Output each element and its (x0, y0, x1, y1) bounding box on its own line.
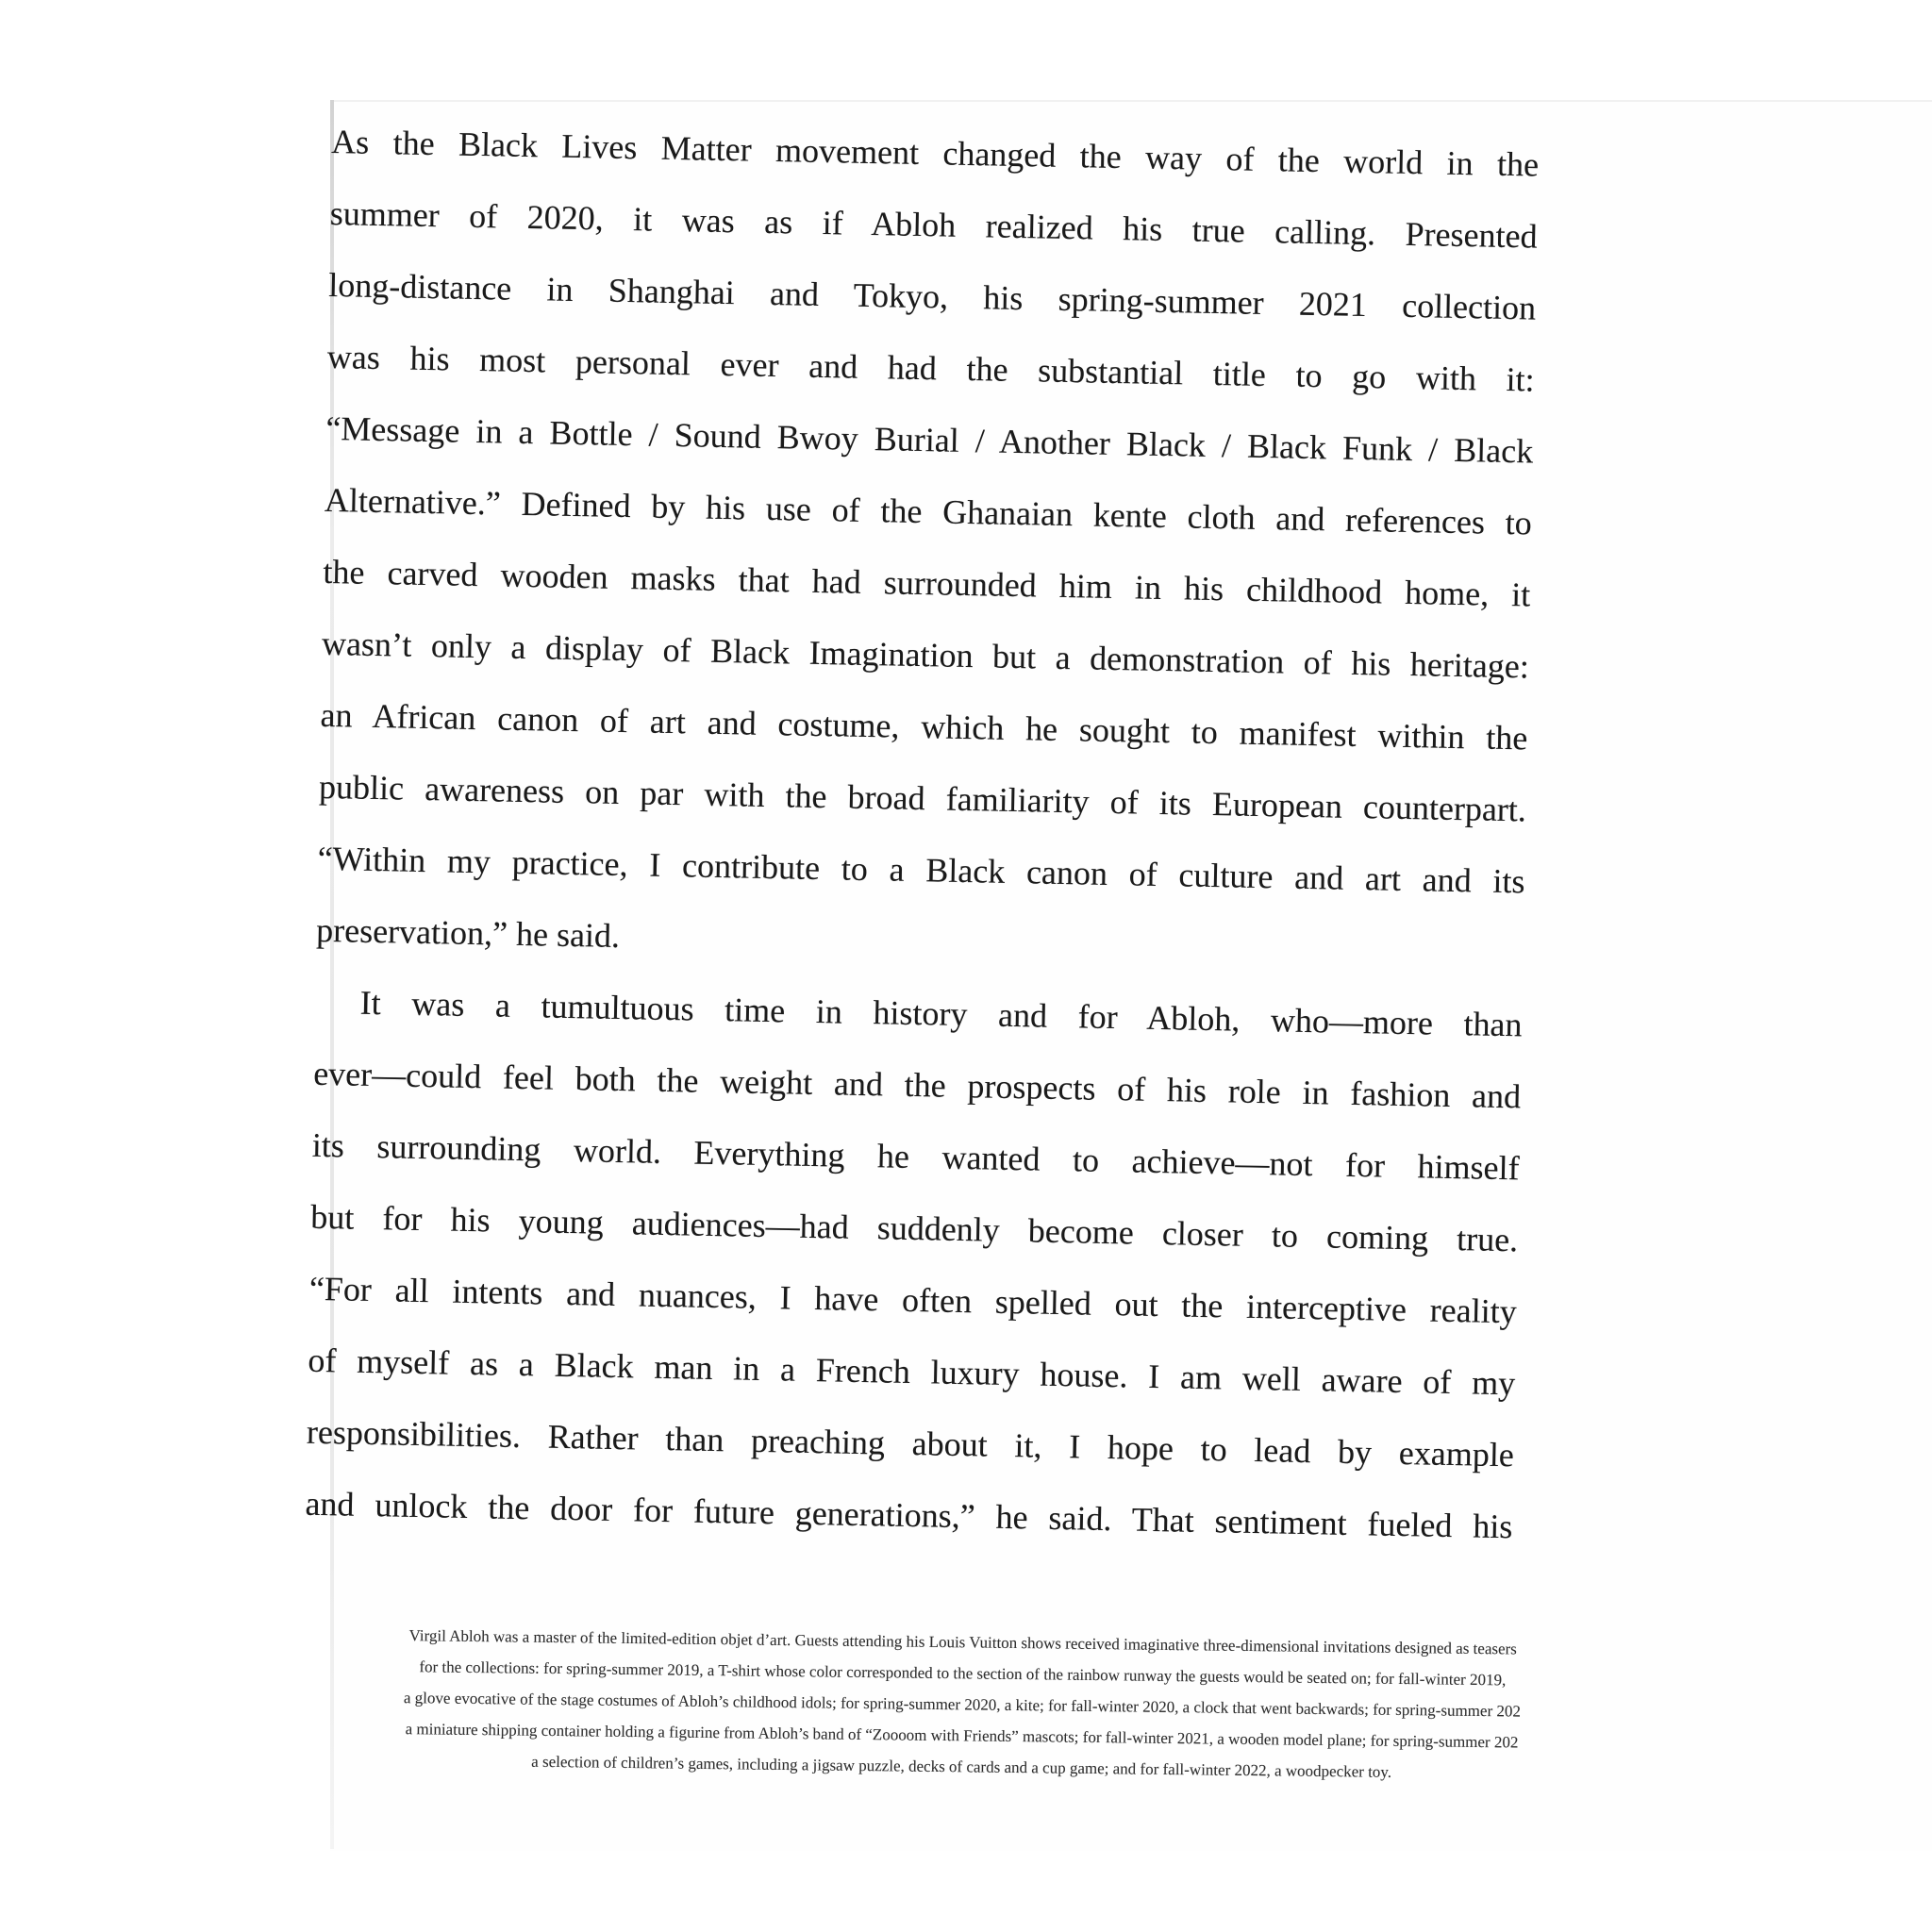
paragraph-1: As the Black Lives Matter movement chang… (315, 106, 1539, 989)
body-text: As the Black Lives Matter movement chang… (305, 106, 1540, 1562)
footnote: Virgil Abloh was a master of the limited… (319, 1619, 1606, 1790)
page-scan: As the Black Lives Matter movement chang… (0, 0, 1932, 1932)
paragraph-2: It was a tumultuous time in history and … (305, 966, 1523, 1562)
